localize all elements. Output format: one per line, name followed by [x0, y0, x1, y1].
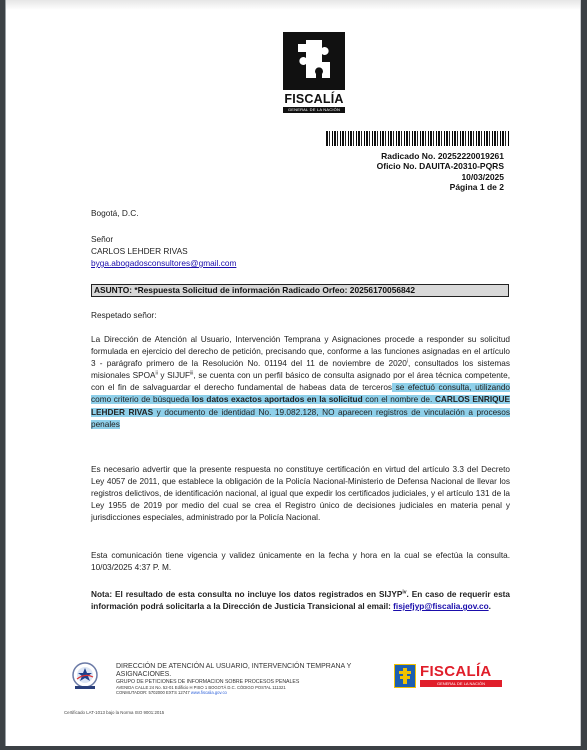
- iso-certification: Certificado LAT-1013 bajo la Norma ISO 9…: [64, 710, 164, 715]
- puzzle-icon: [283, 32, 345, 90]
- radicado-number: Radicado No. 20252220019261: [377, 151, 504, 161]
- recipient-email-link[interactable]: byga.abogadosconsultores@gmail.com: [91, 258, 236, 268]
- recipient-title: Señor: [91, 233, 511, 245]
- coat-of-arms-icon: [394, 664, 416, 688]
- subject-line: ASUNTO: *Respuesta Solicitud de informac…: [91, 284, 509, 297]
- atencion-usuario-seal-icon: [69, 662, 101, 692]
- document-date: 10/03/2025: [377, 172, 504, 182]
- page-top-shade: [6, 0, 580, 10]
- justice-email-link[interactable]: fisjefjyp@fiscalia.gov.co: [393, 602, 488, 611]
- footer-website-link[interactable]: www.fiscalia.gov.co: [191, 690, 227, 695]
- page-indicator: Página 1 de 2: [377, 182, 504, 192]
- paragraph-response: La Dirección de Atención al Usuario, Int…: [91, 334, 510, 431]
- city: Bogotá, D.C.: [91, 207, 511, 219]
- logo-subtitle: GENERAL DE LA NACIÓN: [283, 107, 345, 113]
- note-paragraph: Nota: El resultado de esta consulta no i…: [91, 589, 510, 613]
- barcode: [326, 131, 510, 146]
- recipient-name: CARLOS LEHDER RIVAS: [91, 245, 511, 257]
- logo-wordmark: FISCALÍA: [283, 93, 345, 106]
- document-page: FISCALÍA GENERAL DE LA NACIÓN Radicado N…: [5, 0, 581, 746]
- fiscalia-header-logo: FISCALÍA GENERAL DE LA NACIÓN: [283, 32, 345, 113]
- greeting: Respetado señor:: [91, 309, 511, 321]
- paragraph-validity: Esta comunicación tiene vigencia y valid…: [91, 550, 510, 574]
- reference-block: Radicado No. 20252220019261 Oficio No. D…: [377, 151, 504, 192]
- paragraph-disclaimer: Es necesario advertir que la presente re…: [91, 464, 510, 524]
- footer-address: DIRECCIÓN DE ATENCIÓN AL USUARIO, INTERV…: [116, 663, 351, 695]
- oficio-number: Oficio No. DAUITA-20310-PQRS: [377, 161, 504, 171]
